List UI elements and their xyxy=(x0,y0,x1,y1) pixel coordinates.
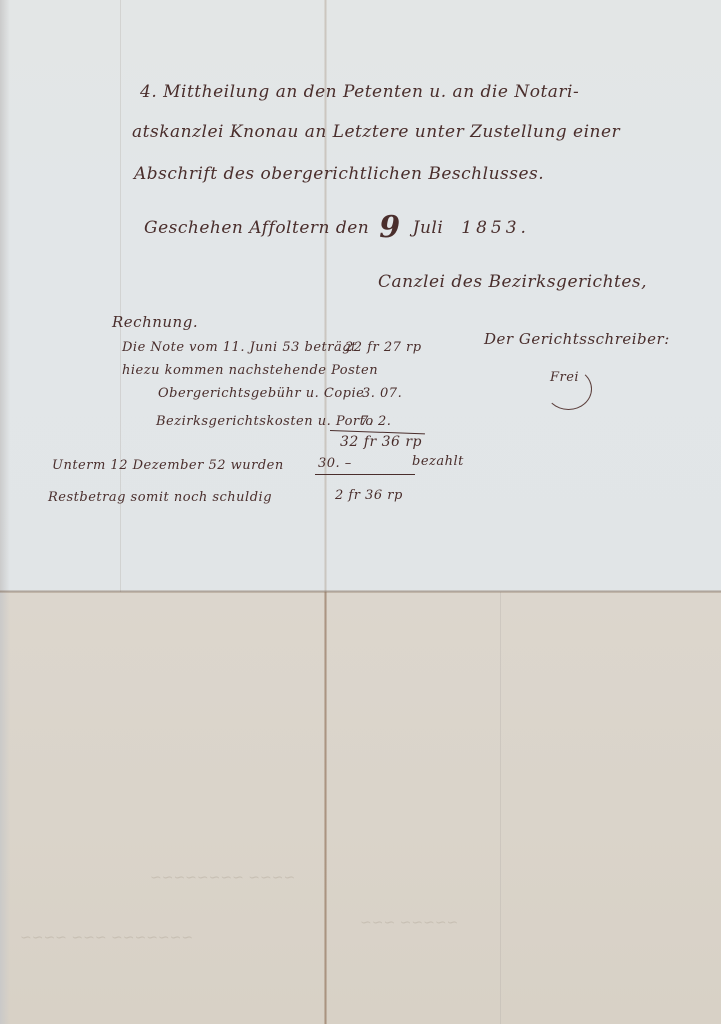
date-year: 1853. xyxy=(461,218,530,238)
main-text-line-1: 4. Mittheilung an den Petenten u. an die… xyxy=(140,82,579,102)
deduction-underline xyxy=(315,474,415,475)
main-text-line-3: Abschrift des obergerichtlichen Beschlus… xyxy=(134,164,544,184)
account-deduction-amount: 30. – xyxy=(318,456,352,471)
account-entry-text: Bezirksgerichtskosten u. Porto xyxy=(156,414,374,429)
signature-chancery: Canzlei des Bezirksgerichtes, xyxy=(378,272,647,292)
vertical-fold-line-lower xyxy=(324,592,327,1024)
horizontal-fold-line xyxy=(0,590,721,593)
signature-title: Der Gerichtsschreiber: xyxy=(484,330,670,348)
account-entry-amount: 7. 2. xyxy=(360,414,391,429)
account-entry-amount: 3. 07. xyxy=(362,386,402,401)
date-day: 9 xyxy=(379,210,400,245)
main-text-line-2: atskanzlei Knonau an Letztere unter Zust… xyxy=(132,122,620,142)
account-subtotal: 32 fr 36 rp xyxy=(340,434,422,450)
date-line: Geschehen Affoltern den 9 Juli 1853. xyxy=(144,206,530,241)
account-balance-amount: 2 fr 36 rp xyxy=(335,488,403,503)
bleed-through-text: ~~~~~~~ ~~~ ~~~~ xyxy=(20,930,193,946)
account-entry-text: hiezu kommen nachstehende Posten xyxy=(122,363,378,378)
date-month: Juli xyxy=(413,218,444,238)
account-entry-text: Die Note vom 11. Juni 53 beträgt xyxy=(122,340,357,355)
paper-crease xyxy=(500,592,501,1024)
date-prefix: Geschehen Affoltern den xyxy=(144,218,369,238)
signature-flourish xyxy=(545,368,592,410)
paper-lower-half xyxy=(0,592,721,1024)
document-page: ~~~~ ~~~~~~~~ ~~~~~ ~~~ ~~~~~~~ ~~~ ~~~~… xyxy=(0,0,721,1024)
account-deduction-note: bezahlt xyxy=(412,454,464,469)
paper-left-edge xyxy=(0,0,10,1024)
account-entry-text: Obergerichtsgebühr u. Copie xyxy=(158,386,364,401)
account-deduction-text: Unterm 12 Dezember 52 wurden xyxy=(52,458,284,473)
account-heading: Rechnung. xyxy=(112,313,198,331)
account-balance-text: Restbetrag somit noch schuldig xyxy=(48,490,272,505)
account-entry-amount: 22 fr 27 rp xyxy=(345,340,422,355)
bleed-through-text: ~~~~~ ~~~ xyxy=(360,915,458,931)
bleed-through-text: ~~~~ ~~~~~~~~ xyxy=(150,870,295,886)
